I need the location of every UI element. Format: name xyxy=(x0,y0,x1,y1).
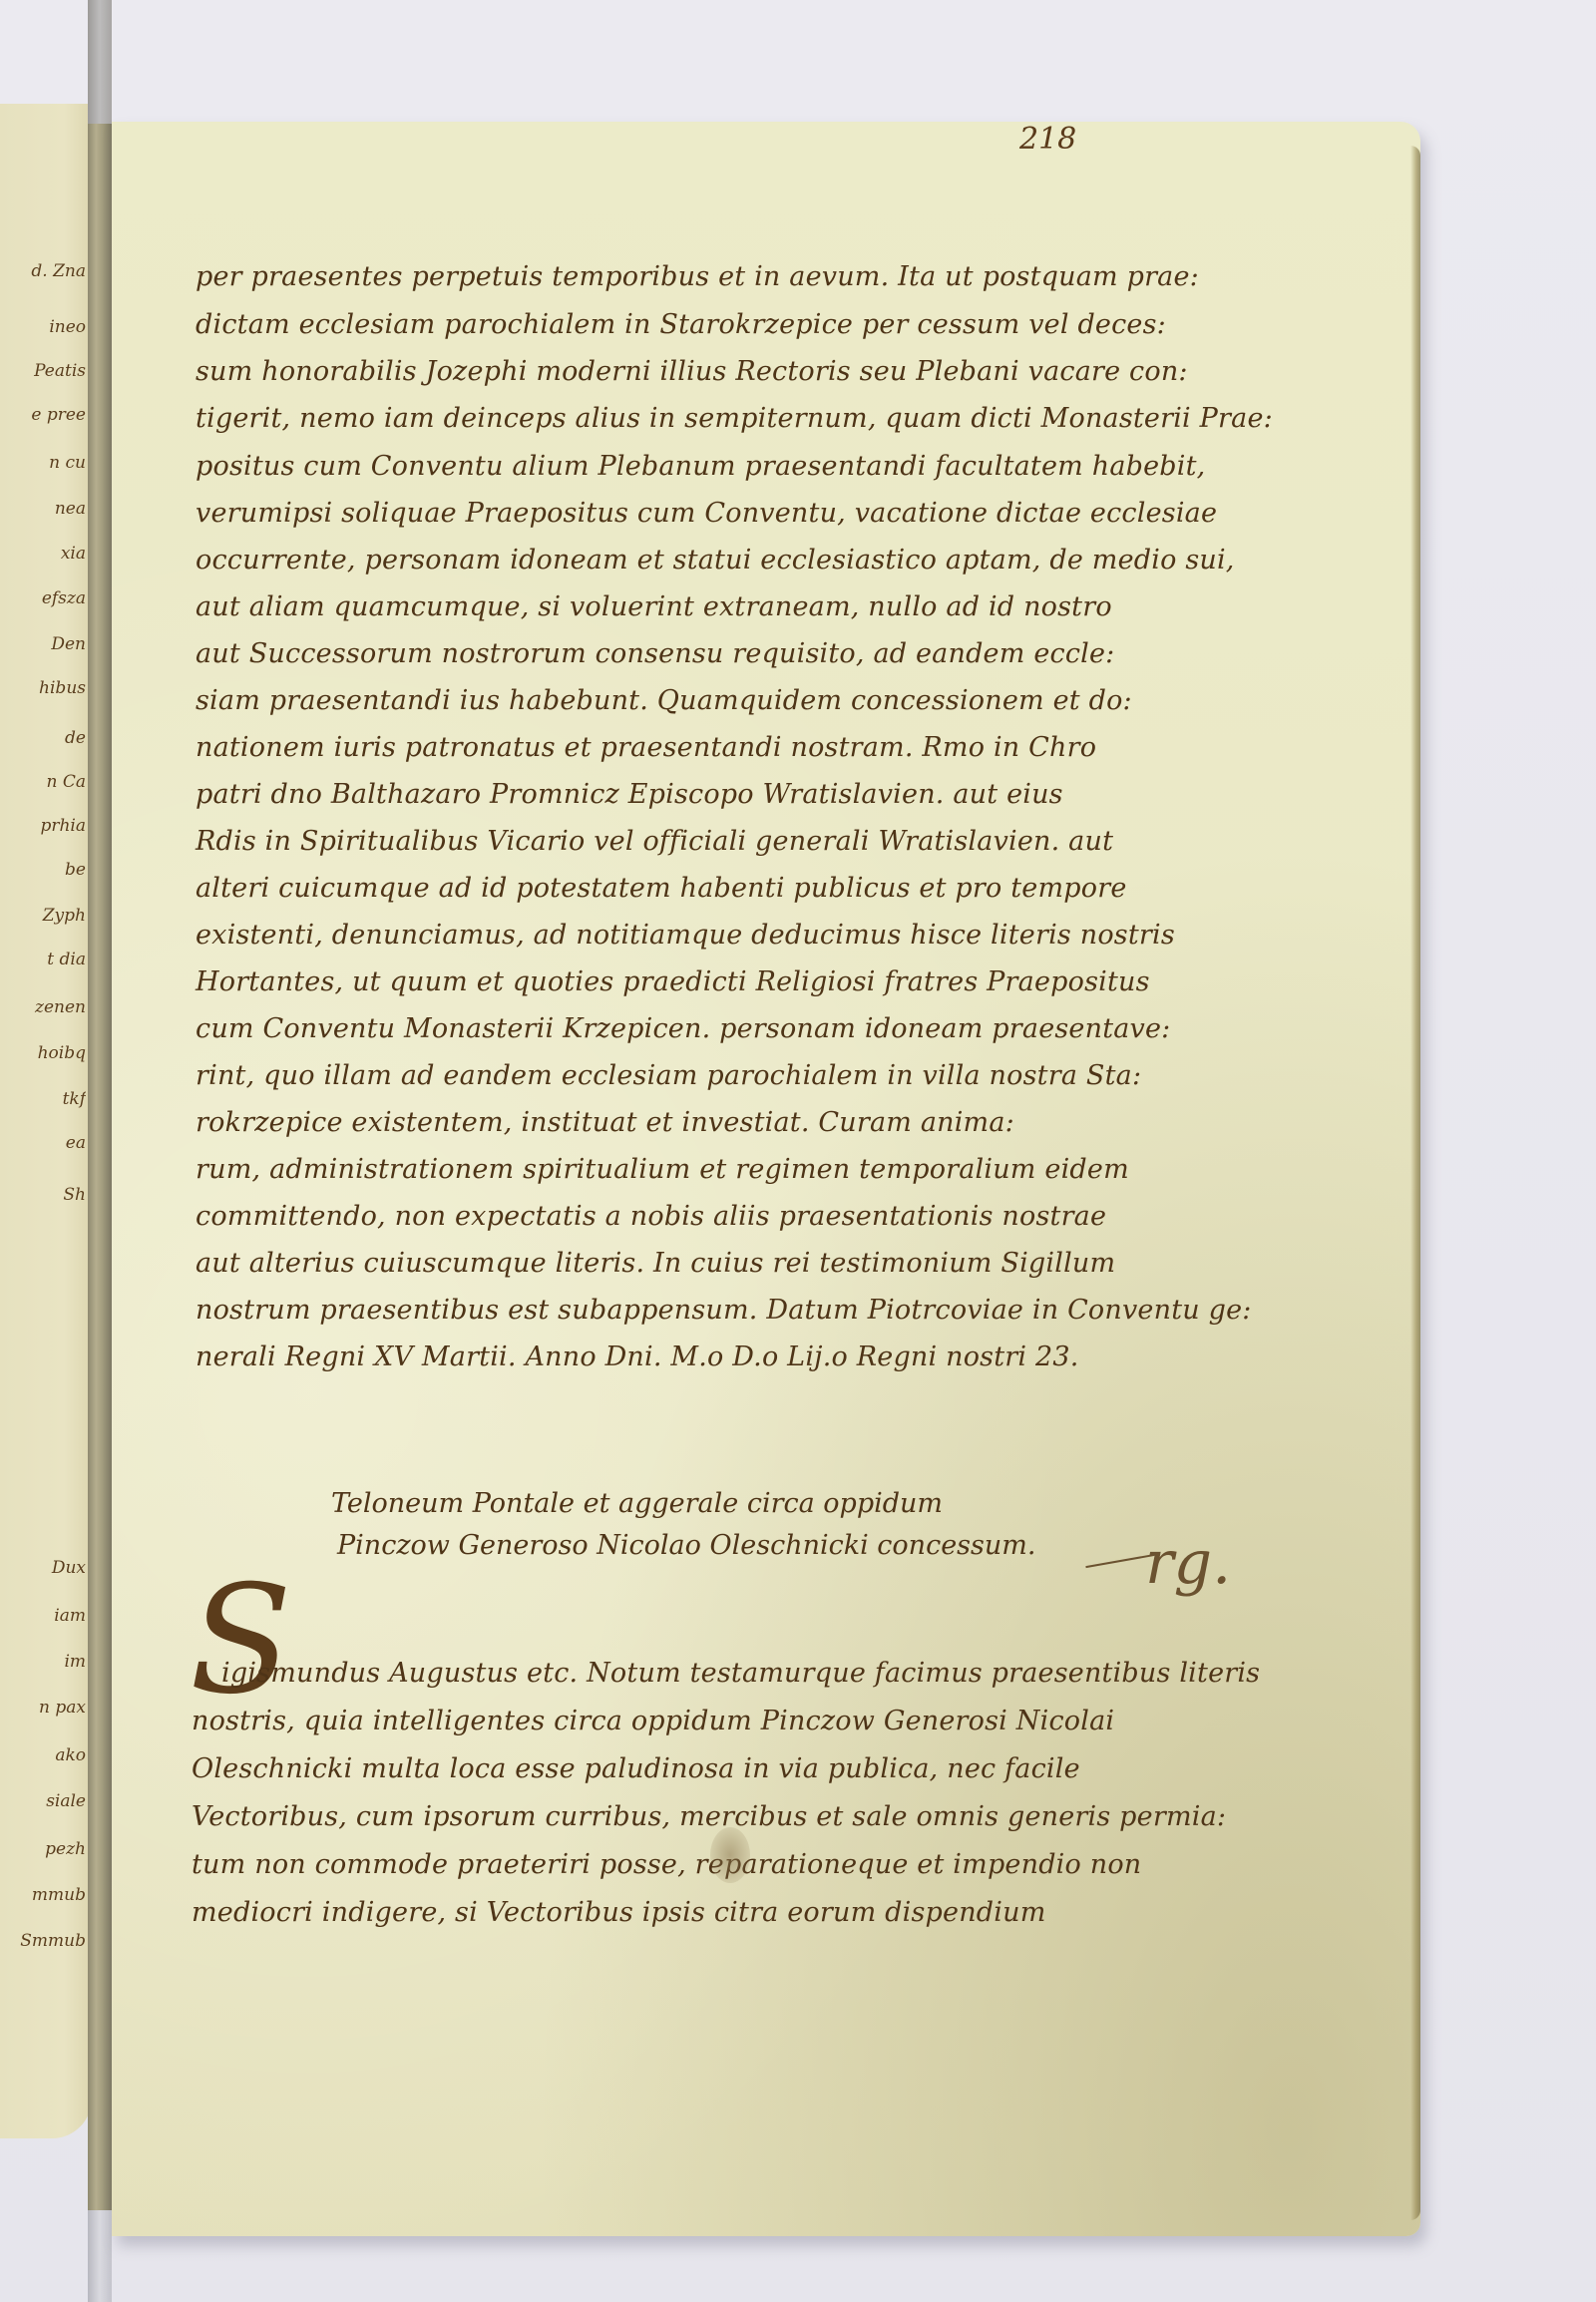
charter-one-line: aut aliam quamcumque, si voluerint extra… xyxy=(196,591,1112,622)
charter-one-line: nerali Regni XV Martii. Anno Dni. M.o D.… xyxy=(196,1342,1079,1372)
left-margin-fragment: Dux xyxy=(0,1558,86,1578)
charter-one-line: alteri cuicumque ad id potestatem habent… xyxy=(196,873,1127,904)
left-margin-fragment: siale xyxy=(0,1791,86,1811)
charter-one-line: Rdis in Spiritualibus Vicario vel offici… xyxy=(196,826,1113,857)
left-margin-fragment: ako xyxy=(0,1745,86,1765)
left-margin-fragment: hibus xyxy=(0,678,86,698)
left-margin-fragment: t dia xyxy=(0,950,86,969)
charter-one-line: aut alterius cuiuscumque literis. In cui… xyxy=(196,1248,1115,1279)
left-margin-fragment: xia xyxy=(0,544,86,564)
left-margin-fragment: ineo xyxy=(0,317,86,337)
left-margin-fragment: Zyph xyxy=(0,906,86,926)
charter-one-line: rokrzepice existentem, instituat et inve… xyxy=(196,1107,1014,1138)
left-page-fragment: d. ZnaineoPeatise preen cuneaxiaefszaDen… xyxy=(0,104,92,2138)
charter-one-line: positus cum Conventu alium Plebanum prae… xyxy=(196,451,1205,482)
marginal-mark: rg. xyxy=(1145,1528,1231,1598)
charter-two-line: tum non commode praeteriri posse, repara… xyxy=(192,1849,1141,1880)
charter-one-line: existenti, denunciamus, ad notitiamque d… xyxy=(196,920,1175,951)
charter-one-line: nationem iuris patronatus et praesentand… xyxy=(196,732,1096,763)
charter-one-line: nostrum praesentibus est subappensum. Da… xyxy=(196,1295,1252,1326)
charter-one-line: committendo, non expectatis a nobis alii… xyxy=(196,1201,1106,1232)
folio-number: 218 xyxy=(1019,122,1076,157)
left-margin-fragment: hoibq xyxy=(0,1043,86,1063)
left-margin-fragment: n cu xyxy=(0,453,86,473)
charter-one-line: verumipsi soliquae Praepositus cum Conve… xyxy=(196,498,1217,529)
left-margin-fragment: iam xyxy=(0,1606,86,1626)
charter-one-line: siam praesentandi ius habebunt. Quamquid… xyxy=(196,685,1132,716)
charter-two-heading-line-2: Pinczow Generoso Nicolao Oleschnicki con… xyxy=(337,1530,1035,1561)
left-margin-fragment: prhia xyxy=(0,816,86,836)
left-margin-fragment: nea xyxy=(0,499,86,519)
charter-one-line: tigerit, nemo iam deinceps alius in semp… xyxy=(196,403,1273,434)
left-margin-fragment: Sh xyxy=(0,1185,86,1205)
left-margin-fragment: im xyxy=(0,1652,86,1672)
ink-stain xyxy=(710,1827,750,1883)
book-gutter xyxy=(88,0,112,2302)
charter-one-line: rint, quo illam ad eandem ecclesiam paro… xyxy=(196,1060,1141,1091)
left-margin-fragment: be xyxy=(0,860,86,880)
left-margin-fragment: pezh xyxy=(0,1839,86,1859)
gutter-bottom xyxy=(88,2210,112,2302)
charter-two-line: mediocri indigere, si Vectoribus ipsis c… xyxy=(192,1897,1046,1928)
charter-one-line: dictam ecclesiam parochialem in Starokrz… xyxy=(196,309,1166,340)
manuscript-page: 218 per praesentes perpetuis temporibus … xyxy=(112,122,1420,2236)
left-margin-fragment: ea xyxy=(0,1133,86,1153)
left-margin-fragment: Smmub xyxy=(0,1931,86,1951)
charter-two-line: Vectoribus, cum ipsorum curribus, mercib… xyxy=(192,1801,1226,1832)
charter-one-line: sum honorabilis Jozephi moderni illius R… xyxy=(196,356,1188,387)
gutter-top xyxy=(88,0,112,124)
left-margin-fragment: efsza xyxy=(0,588,86,608)
decorated-initial: S xyxy=(190,1566,292,1716)
left-margin-fragment: d. Zna xyxy=(0,261,86,281)
left-margin-fragment: zenen xyxy=(0,997,86,1017)
left-margin-fragment: n pax xyxy=(0,1698,86,1718)
left-margin-fragment: de xyxy=(0,728,86,748)
charter-one-line: aut Successorum nostrorum consensu requi… xyxy=(196,638,1114,669)
charter-two-heading-line-1: Teloneum Pontale et aggerale circa oppid… xyxy=(331,1488,943,1519)
charter-one-line: rum, administrationem spiritualium et re… xyxy=(196,1154,1129,1185)
left-margin-fragment: e pree xyxy=(0,405,86,425)
charter-one-line: per praesentes perpetuis temporibus et i… xyxy=(196,261,1199,292)
charter-one-line: Hortantes, ut quum et quoties praedicti … xyxy=(196,966,1150,997)
left-margin-fragment: Peatis xyxy=(0,361,86,381)
left-margin-fragment: tkf xyxy=(0,1089,86,1109)
charter-one-line: cum Conventu Monasterii Krzepicen. perso… xyxy=(196,1013,1170,1044)
charter-one-line: occurrente, personam idoneam et statui e… xyxy=(196,545,1235,575)
charter-two-line: nostris, quia intelligentes circa oppidu… xyxy=(192,1706,1114,1736)
charter-two-line: igismundus Augustus etc. Notum testamurq… xyxy=(221,1658,1260,1689)
charter-one-line: patri dno Balthazaro Promnicz Episcopo W… xyxy=(196,779,1063,810)
left-margin-fragment: n Ca xyxy=(0,772,86,792)
charter-two-line: Oleschnicki multa loca esse paludinosa i… xyxy=(192,1753,1080,1784)
left-margin-fragment: mmub xyxy=(0,1885,86,1905)
left-margin-fragment: Den xyxy=(0,634,86,654)
